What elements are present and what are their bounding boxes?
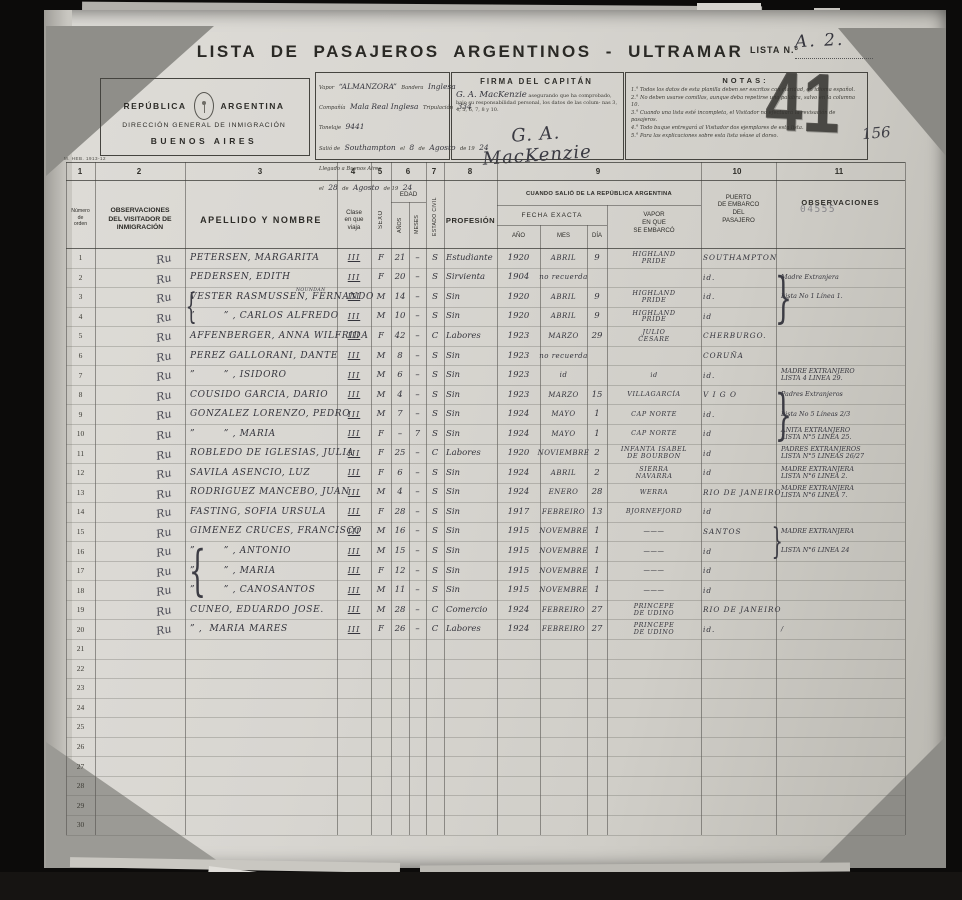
cell-sexo: M <box>371 385 391 405</box>
cell-name: GIMENEZ CRUCES, FRANCISCO <box>190 522 339 542</box>
cell-puerto: id <box>703 307 781 327</box>
cell-mes: no recuerda <box>540 268 587 288</box>
cell-name: COUSIDO GARCIA, DARIO <box>190 385 339 405</box>
row-number: 5 <box>66 326 95 346</box>
cell-puerto: SANTOS <box>703 522 781 542</box>
cell-sexo: F <box>371 502 391 522</box>
cell-vapor: ——— <box>607 522 701 542</box>
cell-vapor: JULIO CESARE <box>607 326 701 346</box>
obs-brace: } <box>775 387 792 442</box>
cell-anos: 25 <box>391 444 409 464</box>
cell-estado-civil: S <box>426 463 444 483</box>
el2-label: el <box>319 186 324 192</box>
cell-ano: 1924 <box>497 404 540 424</box>
observaciones-stamp: 04555 <box>800 204 836 215</box>
cell-clase: III <box>337 483 371 503</box>
cell-ano: 1920 <box>497 307 540 327</box>
cell-ano: 1915 <box>497 561 540 581</box>
cell-observaciones: MADRE EXTRANJERA <box>781 522 905 542</box>
cell-observaciones <box>781 502 905 522</box>
cell-puerto: RIO DE JANEIRO <box>703 600 781 620</box>
cell-sexo: M <box>371 365 391 385</box>
cell-ano: 1924 <box>497 483 540 503</box>
col-header-anos: AÑOS <box>391 204 409 246</box>
ship-line-compania: Compañía Mala Real Inglesa Tripulación 3… <box>319 96 445 114</box>
cell-estado-civil: S <box>426 404 444 424</box>
tripulacion-label: Tripulación <box>423 105 453 111</box>
cell-vapor: ——— <box>607 541 701 561</box>
cell-puerto: id. <box>703 404 781 424</box>
cell-clase: III <box>337 541 371 561</box>
cell-meses: – <box>409 307 426 327</box>
cell-vapor: SIERRA NAVARRA <box>607 463 701 483</box>
cell-clase: III <box>337 346 371 366</box>
cell-name: PEDERSEN, EDITH <box>190 268 339 288</box>
de-label: de <box>419 146 425 152</box>
lista-number-value: A. 2. <box>795 30 845 53</box>
cell-dia: 1 <box>587 561 607 581</box>
cell-mes: FEBREIRO <box>540 600 587 620</box>
cell-puerto: CORUÑA <box>703 346 781 366</box>
cell-puerto: id <box>703 502 781 522</box>
cell-observaciones: MADRE EXTRANJERO LISTA 4 LINEA 29. <box>781 365 905 385</box>
captain-st1: asegurando que ha comprobado, <box>527 93 612 99</box>
table-hline <box>497 225 607 226</box>
col-number: 11 <box>827 163 851 179</box>
ship-line-salio: Salió de Southampton el 8 de Agosto de 1… <box>319 137 445 155</box>
col-header-ano: AÑO <box>497 229 540 243</box>
cell-observaciones <box>781 307 905 327</box>
cell-ano: 1924 <box>497 463 540 483</box>
salio-port: Southampton <box>345 143 396 152</box>
row-number: 26 <box>66 737 95 757</box>
cell-ano: 1923 <box>497 385 540 405</box>
cell-anos: 15 <box>391 541 409 561</box>
cell-sexo: F <box>371 619 391 639</box>
col-header-fecha-exacta: FECHA EXACTA <box>497 208 607 222</box>
cell-observaciones: Lista No 5 Líneas 2/3 <box>781 404 905 424</box>
cell-anos: – <box>391 424 409 444</box>
cell-estado-civil: C <box>426 444 444 464</box>
cell-clase: III <box>337 248 371 268</box>
cell-dia <box>587 268 607 288</box>
org-republica: REPÚBLICA <box>123 101 186 111</box>
cell-observaciones: Madre Extranjera <box>781 268 905 288</box>
cell-clase: III <box>337 444 371 464</box>
row-number: 15 <box>66 522 95 542</box>
row-number: 24 <box>66 698 95 718</box>
cell-dia: 1 <box>587 424 607 444</box>
cell-name: SAVILA ASENCIO, LUZ <box>190 463 339 483</box>
cell-name: CUNEO, EDUARDO JOSE. <box>190 600 339 620</box>
captain-statement: G. A. MacKenzie asegurando que ha compro… <box>456 90 618 114</box>
table-vline <box>95 162 96 835</box>
cell-puerto: CHERBURGO. <box>703 326 781 346</box>
cell-puerto: SOUTHAMPTON <box>703 248 781 268</box>
cell-meses: – <box>409 326 426 346</box>
cell-dia: 9 <box>587 287 607 307</box>
cell-mes: MARZO <box>540 385 587 405</box>
cell-observaciones <box>781 561 905 581</box>
col-header-observaciones-visitador: OBSERVACIONES DEL VISITADOR DE INMIGRACI… <box>97 196 183 244</box>
cell-meses: – <box>409 463 426 483</box>
cell-dia: 1 <box>587 580 607 600</box>
cell-mes: NOVEMBRE <box>540 522 587 542</box>
row-number: 19 <box>66 600 95 620</box>
cell-ano: 1924 <box>497 600 540 620</box>
cell-vapor <box>607 346 701 366</box>
col-header-puerto: PUERTO DE EMBARCO DEL PASAJERO <box>701 188 776 230</box>
cell-anos: 10 <box>391 307 409 327</box>
cell-vapor: INFANTA ISABEL DE BOURBON <box>607 444 701 464</box>
cell-ano: 1904 <box>497 268 540 288</box>
cell-anos: 14 <box>391 287 409 307</box>
llegada-month: Agosto <box>353 183 379 192</box>
cell-meses: – <box>409 248 426 268</box>
cell-sexo: M <box>371 541 391 561</box>
org-direccion: DIRECCIÓN GENERAL DE INMIGRACIÓN <box>102 122 306 129</box>
cell-mes: FEBREIRO <box>540 502 587 522</box>
cell-ano: 1920 <box>497 444 540 464</box>
cell-estado-civil: S <box>426 424 444 444</box>
cell-observaciones: PADRES EXTRANJEROS LISTA N°5 LINEAS 26/2… <box>781 444 905 464</box>
cell-anos: 6 <box>391 365 409 385</box>
col-number: 9 <box>586 163 610 179</box>
cell-mes: MARZO <box>540 326 587 346</box>
cell-dia: 29 <box>587 326 607 346</box>
cell-mes: no recuerda <box>540 346 587 366</box>
row-number: 17 <box>66 561 95 581</box>
cell-name: PEREZ GALLORANI, DANTE <box>190 346 339 366</box>
form-print-code: M. HEB. 1913-12 <box>64 156 106 161</box>
row-number: 30 <box>66 815 95 835</box>
cell-clase: III <box>337 502 371 522</box>
cell-estado-civil: S <box>426 541 444 561</box>
cell-clase: III <box>337 580 371 600</box>
captain-st2: bajo su responsabilidad personal, los da… <box>456 100 600 106</box>
cell-dia: 1 <box>587 541 607 561</box>
cell-anos: 42 <box>391 326 409 346</box>
row-number: 3 <box>66 287 95 307</box>
cell-puerto: id <box>703 424 781 444</box>
row-number: 28 <box>66 776 95 796</box>
cell-puerto: V I G O <box>703 385 781 405</box>
cell-estado-civil: C <box>426 326 444 346</box>
cell-clase: III <box>337 600 371 620</box>
cell-meses: – <box>409 385 426 405</box>
col-header-apellido-nombre: APELLIDO Y NOMBRE <box>187 204 335 236</box>
cell-puerto: id <box>703 463 781 483</box>
cell-estado-civil: S <box>426 561 444 581</box>
cell-sexo: F <box>371 268 391 288</box>
cell-ano: 1923 <box>497 326 540 346</box>
row-number: 18 <box>66 580 95 600</box>
cell-clase: III <box>337 463 371 483</box>
cell-ano: 1915 <box>497 541 540 561</box>
col-number: 1 <box>68 163 92 179</box>
cell-sexo: F <box>371 463 391 483</box>
cell-meses: – <box>409 561 426 581</box>
cell-mes: ABRIL <box>540 307 587 327</box>
row-number: 8 <box>66 385 95 405</box>
vapor-value: “ALMANZORA” <box>339 82 397 91</box>
cell-clase: III <box>337 326 371 346</box>
cell-anos: 8 <box>391 346 409 366</box>
cell-observaciones: MADRE EXTRANJERA LISTA N°6 LINEA 2. <box>781 463 905 483</box>
cell-mes: ABRIL <box>540 248 587 268</box>
row-line <box>66 737 905 738</box>
cell-anos: 28 <box>391 502 409 522</box>
bandera-label: Bandera <box>401 85 423 91</box>
table-hline <box>391 202 426 203</box>
cell-mes: MAYO <box>540 424 587 444</box>
table-hline <box>66 162 905 163</box>
cell-name: FASTING, SOFIA URSULA <box>190 502 339 522</box>
cell-mes: NOVIEMBRE <box>540 444 587 464</box>
cell-estado-civil: S <box>426 580 444 600</box>
row-number: 16 <box>66 541 95 561</box>
cell-sexo: M <box>371 522 391 542</box>
row-number: 13 <box>66 483 95 503</box>
col-header-cuando-salio: CUANDO SALIÓ DE LA REPÚBLICA ARGENTINA <box>499 186 699 202</box>
cell-puerto: id <box>703 541 781 561</box>
ship-line-tonelaje: Tonelaje 9441 <box>319 116 445 134</box>
cell-estado-civil: S <box>426 385 444 405</box>
col-header-mes: MES <box>540 229 587 243</box>
col-header-vapor-embarco: VAPOR EN QUE SE EMBARCÓ <box>607 207 701 239</box>
cell-clase: III <box>337 287 371 307</box>
cell-anos: 21 <box>391 248 409 268</box>
cell-meses: – <box>409 365 426 385</box>
cell-vapor: HIGHLAND PRIDE <box>607 287 701 307</box>
cell-ano: 1915 <box>497 580 540 600</box>
table-hline <box>66 180 905 181</box>
cell-puerto: id <box>703 444 781 464</box>
cell-estado-civil: S <box>426 502 444 522</box>
cell-clase: III <box>337 619 371 639</box>
cell-meses: – <box>409 619 426 639</box>
cell-name: ” ” , CANOSANTOS <box>190 580 339 600</box>
cell-observaciones <box>781 248 905 268</box>
cell-ano: 1924 <box>497 619 540 639</box>
cell-mes: NOVEMBRE <box>540 541 587 561</box>
col-header-meses: MESES <box>408 204 426 246</box>
cell-meses: – <box>409 580 426 600</box>
cell-sexo: M <box>371 580 391 600</box>
cell-observaciones <box>781 346 905 366</box>
col-number: 8 <box>458 163 482 179</box>
col-number: 6 <box>396 163 420 179</box>
cell-dia: 27 <box>587 600 607 620</box>
cell-estado-civil: S <box>426 365 444 385</box>
cell-vapor: PRINCEPE DE UDINO <box>607 600 701 620</box>
cell-vapor: HIGHLAND PRIDE <box>607 248 701 268</box>
cell-mes: ENERO <box>540 483 587 503</box>
col-header-dia: DÍA <box>585 229 609 243</box>
row-number: 21 <box>66 639 95 659</box>
cell-ano: 1915 <box>497 522 540 542</box>
cell-estado-civil: S <box>426 268 444 288</box>
row-number: 4 <box>66 307 95 327</box>
cell-name: GONZALEZ LORENZO, PEDRO <box>190 404 339 424</box>
cell-estado-civil: C <box>426 619 444 639</box>
cell-puerto: id <box>703 561 781 581</box>
compania-value: Mala Real Inglesa <box>350 102 419 111</box>
cell-sexo: M <box>371 287 391 307</box>
row-line <box>66 639 905 640</box>
cell-sexo: F <box>371 444 391 464</box>
cell-estado-civil: S <box>426 307 444 327</box>
cell-ano: 1923 <box>497 365 540 385</box>
cell-vapor: ——— <box>607 561 701 581</box>
tonelaje-label: Tonelaje <box>319 125 341 131</box>
cell-observaciones <box>781 326 905 346</box>
row-line <box>66 678 905 679</box>
cell-dia: 2 <box>587 463 607 483</box>
cell-meses: – <box>409 502 426 522</box>
name-superscript: NOUNDAN <box>296 288 326 293</box>
cell-vapor: ——— <box>607 580 701 600</box>
cell-meses: – <box>409 522 426 542</box>
cell-sexo: M <box>371 346 391 366</box>
cell-estado-civil: S <box>426 483 444 503</box>
row-number: 10 <box>66 424 95 444</box>
cell-dia: 9 <box>587 248 607 268</box>
cell-estado-civil: S <box>426 248 444 268</box>
row-line <box>66 756 905 757</box>
cell-meses: 7 <box>409 424 426 444</box>
row-number: 25 <box>66 717 95 737</box>
cell-sexo: M <box>371 307 391 327</box>
row-line <box>66 835 905 836</box>
table-vline <box>444 162 445 835</box>
cell-clase: III <box>337 522 371 542</box>
compania-label: Compañía <box>319 105 346 111</box>
cell-observaciones: LISTA N°6 LINEA 24 <box>781 541 905 561</box>
cell-name: ROBLEDO DE IGLESIAS, JULIA <box>190 444 339 464</box>
de2-label: de <box>342 186 348 192</box>
cell-anos: 12 <box>391 561 409 581</box>
cell-dia: 27 <box>587 619 607 639</box>
cell-meses: – <box>409 444 426 464</box>
row-line <box>66 776 905 777</box>
cell-name: ” ” , CARLOS ALFREDO <box>190 307 339 327</box>
row-number: 2 <box>66 268 95 288</box>
cell-meses: – <box>409 541 426 561</box>
cell-anos: 7 <box>391 404 409 424</box>
cell-dia: 2 <box>587 444 607 464</box>
row-number: 23 <box>66 678 95 698</box>
cell-mes: NOVEMBRE <box>540 561 587 581</box>
cell-observaciones: Lista No 1 Línea 1. <box>781 287 905 307</box>
row-line <box>66 698 905 699</box>
stamp-41: 41 <box>764 58 841 145</box>
org-name-row: REPÚBLICA ARGENTINA <box>104 92 304 120</box>
col-number: 5 <box>368 163 392 179</box>
cell-name: ” , MARIA MARES <box>190 619 339 639</box>
row-number: 7 <box>66 365 95 385</box>
row-number: 29 <box>66 795 95 815</box>
cell-sexo: F <box>371 424 391 444</box>
cell-estado-civil: S <box>426 522 444 542</box>
row-number: 27 <box>66 756 95 776</box>
cell-name: AFFENBERGER, ANNA WILFRIDA <box>190 326 339 346</box>
col-number: 10 <box>725 163 749 179</box>
table-vline <box>701 162 702 835</box>
book-cover-edge <box>0 872 962 900</box>
cell-anos: 4 <box>391 385 409 405</box>
cell-meses: – <box>409 404 426 424</box>
captain-title: FIRMA DEL CAPITÁN <box>455 77 618 86</box>
cell-name: ” ” , MARIA <box>190 424 339 444</box>
cell-observaciones <box>781 600 905 620</box>
cell-name: ” ” , MARIA <box>190 561 339 581</box>
cell-puerto: id <box>703 580 781 600</box>
cell-mes: MAYO <box>540 404 587 424</box>
cell-meses: – <box>409 287 426 307</box>
cell-estado-civil: C <box>426 600 444 620</box>
cell-anos: 11 <box>391 580 409 600</box>
col-header-clase: Clase en que viaja <box>337 200 371 240</box>
cell-mes: ABRIL <box>540 287 587 307</box>
row-number: 22 <box>66 659 95 679</box>
col-header-profesion: PROFESIÓN <box>444 206 497 234</box>
cell-dia: 15 <box>587 385 607 405</box>
cell-observaciones: / <box>781 619 905 639</box>
cell-puerto: id. <box>703 287 781 307</box>
cell-anos: 4 <box>391 483 409 503</box>
col-header-estado-civil: ESTADO CIVIL <box>426 188 444 246</box>
cell-vapor: CAP NORTE <box>607 404 701 424</box>
name-brace: { <box>189 543 206 598</box>
cell-clase: III <box>337 307 371 327</box>
row-number: 11 <box>66 444 95 464</box>
row-number: 9 <box>66 404 95 424</box>
argentina-coat-of-arms-icon <box>194 92 214 120</box>
microfilm-photo: LISTA DE PASAJEROS ARGENTINOS - ULTRAMAR… <box>0 0 962 900</box>
cell-estado-civil: S <box>426 346 444 366</box>
vapor-label: Vapor <box>319 85 334 91</box>
cell-dia: 9 <box>587 307 607 327</box>
cell-meses: – <box>409 483 426 503</box>
cell-ano: 1917 <box>497 502 540 522</box>
cell-observaciones: MADRE EXTRANJERA LISTA N°6 LINEA 7. <box>781 483 905 503</box>
cell-observaciones <box>781 580 905 600</box>
cell-sexo: F <box>371 561 391 581</box>
salio-label: Salió de <box>319 146 340 152</box>
cell-mes: ABRIL <box>540 463 587 483</box>
org-ciudad: BUENOS AIRES <box>102 136 306 146</box>
row-line <box>66 815 905 816</box>
cell-vapor <box>607 268 701 288</box>
page-title: LISTA DE PASAJEROS ARGENTINOS - ULTRAMAR <box>170 42 770 62</box>
ship-line-vapor: Vapor “ALMANZORA” Bandera Inglesa <box>319 76 445 94</box>
col-number: 7 <box>422 163 446 179</box>
table-hline <box>497 205 701 206</box>
cell-clase: III <box>337 424 371 444</box>
cell-vapor: HIGHLAND PRIDE <box>607 307 701 327</box>
row-number: 12 <box>66 463 95 483</box>
cell-vapor: id <box>607 365 701 385</box>
row-line <box>66 795 905 796</box>
cell-dia <box>587 365 607 385</box>
cell-dia: 1 <box>587 522 607 542</box>
org-argentina: ARGENTINA <box>221 101 285 111</box>
cell-name: ” ” , ISIDORO <box>190 365 339 385</box>
col-header-edad: EDAD <box>391 188 426 201</box>
table-vline <box>905 162 906 835</box>
cell-meses: – <box>409 268 426 288</box>
